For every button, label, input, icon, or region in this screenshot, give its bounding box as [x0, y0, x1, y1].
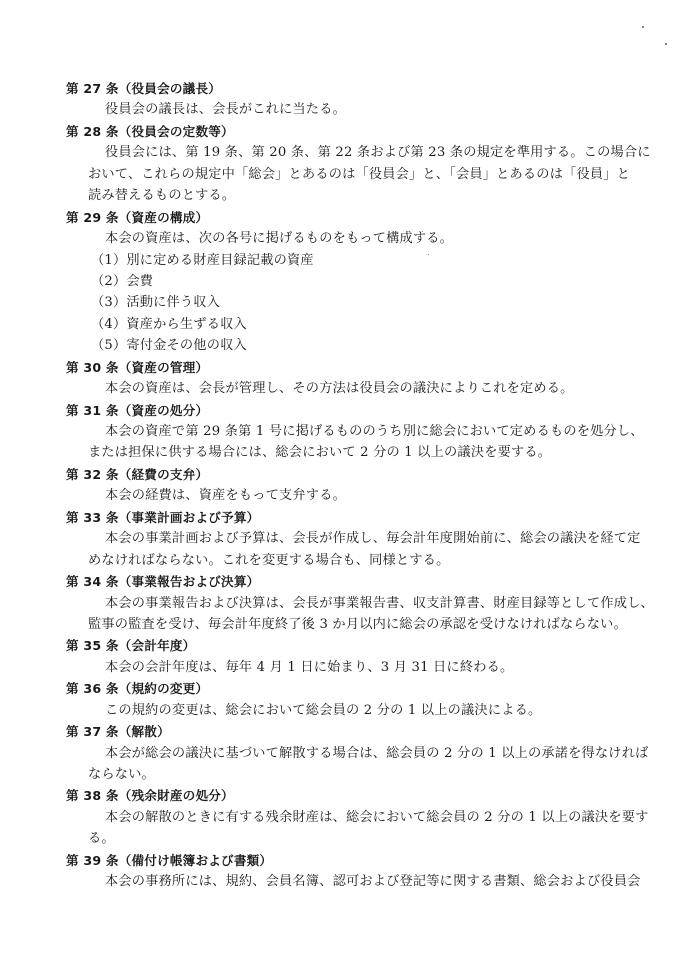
article-37-text: 本会が総会の議決に基づいて解散する場合は、総会員の 2 分の 1 以上の承諾を得… — [66, 743, 626, 764]
article-27-heading: 第 27 条（役員会の議長） — [66, 78, 626, 99]
article-37-heading: 第 37 条（解散） — [66, 721, 626, 742]
article-29-list-item: （3）活動に伴う収入 — [66, 292, 626, 313]
article-30-heading: 第 30 条（資産の管理） — [66, 357, 626, 378]
article-35-text: 本会の会計年度は、毎年 4 月 1 日に始まり、3 月 31 日に終わる。 — [66, 657, 626, 678]
article-33-text: 本会の事業計画および予算は、会長が作成し、毎会計年度開始前に、総会の議決を経て定 — [66, 528, 626, 549]
article-38-heading: 第 38 条（残余財産の処分） — [66, 785, 626, 806]
scan-speck — [665, 43, 667, 45]
article-35-heading: 第 35 条（会計年度） — [66, 635, 626, 656]
article-29-list-item: （1）別に定める財産目録記載の資産 — [66, 250, 626, 271]
article-39-heading: 第 39 条（備付け帳簿および書類） — [66, 850, 626, 871]
article-29-list-item: （2）会費 — [66, 271, 626, 292]
article-36-heading: 第 36 条（規約の変更） — [66, 678, 626, 699]
article-33-text: めなければならない。これを変更する場合も、同様とする。 — [66, 550, 626, 571]
article-28-heading: 第 28 条（役員会の定数等） — [66, 121, 626, 142]
article-29-heading: 第 29 条（資産の構成） — [66, 207, 626, 228]
article-29-text: 本会の資産は、次の各号に掲げるものをもって構成する。 — [66, 228, 626, 249]
article-36-text: この規約の変更は、総会において総会員の 2 分の 1 以上の議決による。 — [66, 700, 626, 721]
article-34-heading: 第 34 条（事業報告および決算） — [66, 571, 626, 592]
article-32-text: 本会の経費は、資産をもって支弁する。 — [66, 485, 626, 506]
article-38-text: る。 — [66, 828, 626, 849]
article-27-text: 役員会の議長は、会長がこれに当たる。 — [66, 99, 626, 120]
document-page: 第 27 条（役員会の議長） 役員会の議長は、会長がこれに当たる。 第 28 条… — [66, 78, 626, 893]
article-34-text: 本会の事業報告および決算は、会長が事業報告書、収支計算書、財産目録等として作成し… — [66, 593, 626, 614]
article-34-text: 監事の監査を受け、毎会計年度終了後 3 か月以内に総会の承認を受けなければならな… — [66, 614, 626, 635]
article-31-text: または担保に供する場合には、総会において 2 分の 1 以上の議決を要する。 — [66, 442, 626, 463]
article-30-text: 本会の資産は、会長が管理し、その方法は役員会の議決によりこれを定める。 — [66, 378, 626, 399]
article-28-text: 役員会には、第 19 条、第 20 条、第 22 条および第 23 条の規定を準… — [66, 142, 626, 163]
scan-speck — [642, 26, 644, 28]
article-28-text: おいて、これらの規定中「総会」とあるのは「役員会」と、「会員」とあるのは「役員」… — [66, 164, 626, 185]
article-29-list-item: （5）寄付金その他の収入 — [66, 335, 626, 356]
article-33-heading: 第 33 条（事業計画および予算） — [66, 507, 626, 528]
article-38-text: 本会の解散のときに有する残余財産は、総会において総会員の 2 分の 1 以上の議… — [66, 807, 626, 828]
article-32-heading: 第 32 条（経費の支弁） — [66, 464, 626, 485]
article-28-text: 読み替えるものとする。 — [66, 185, 626, 206]
article-29-list-item: （4）資産から生ずる収入 — [66, 314, 626, 335]
article-39-text: 本会の事務所には、規約、会員名簿、認可および登記等に関する書類、総会および役員会 — [66, 871, 626, 892]
article-37-text: ならない。 — [66, 764, 626, 785]
article-31-text: 本会の資産で第 29 条第 1 号に掲げるもののうち別に総会において定めるものを… — [66, 421, 626, 442]
article-31-heading: 第 31 条（資産の処分） — [66, 400, 626, 421]
